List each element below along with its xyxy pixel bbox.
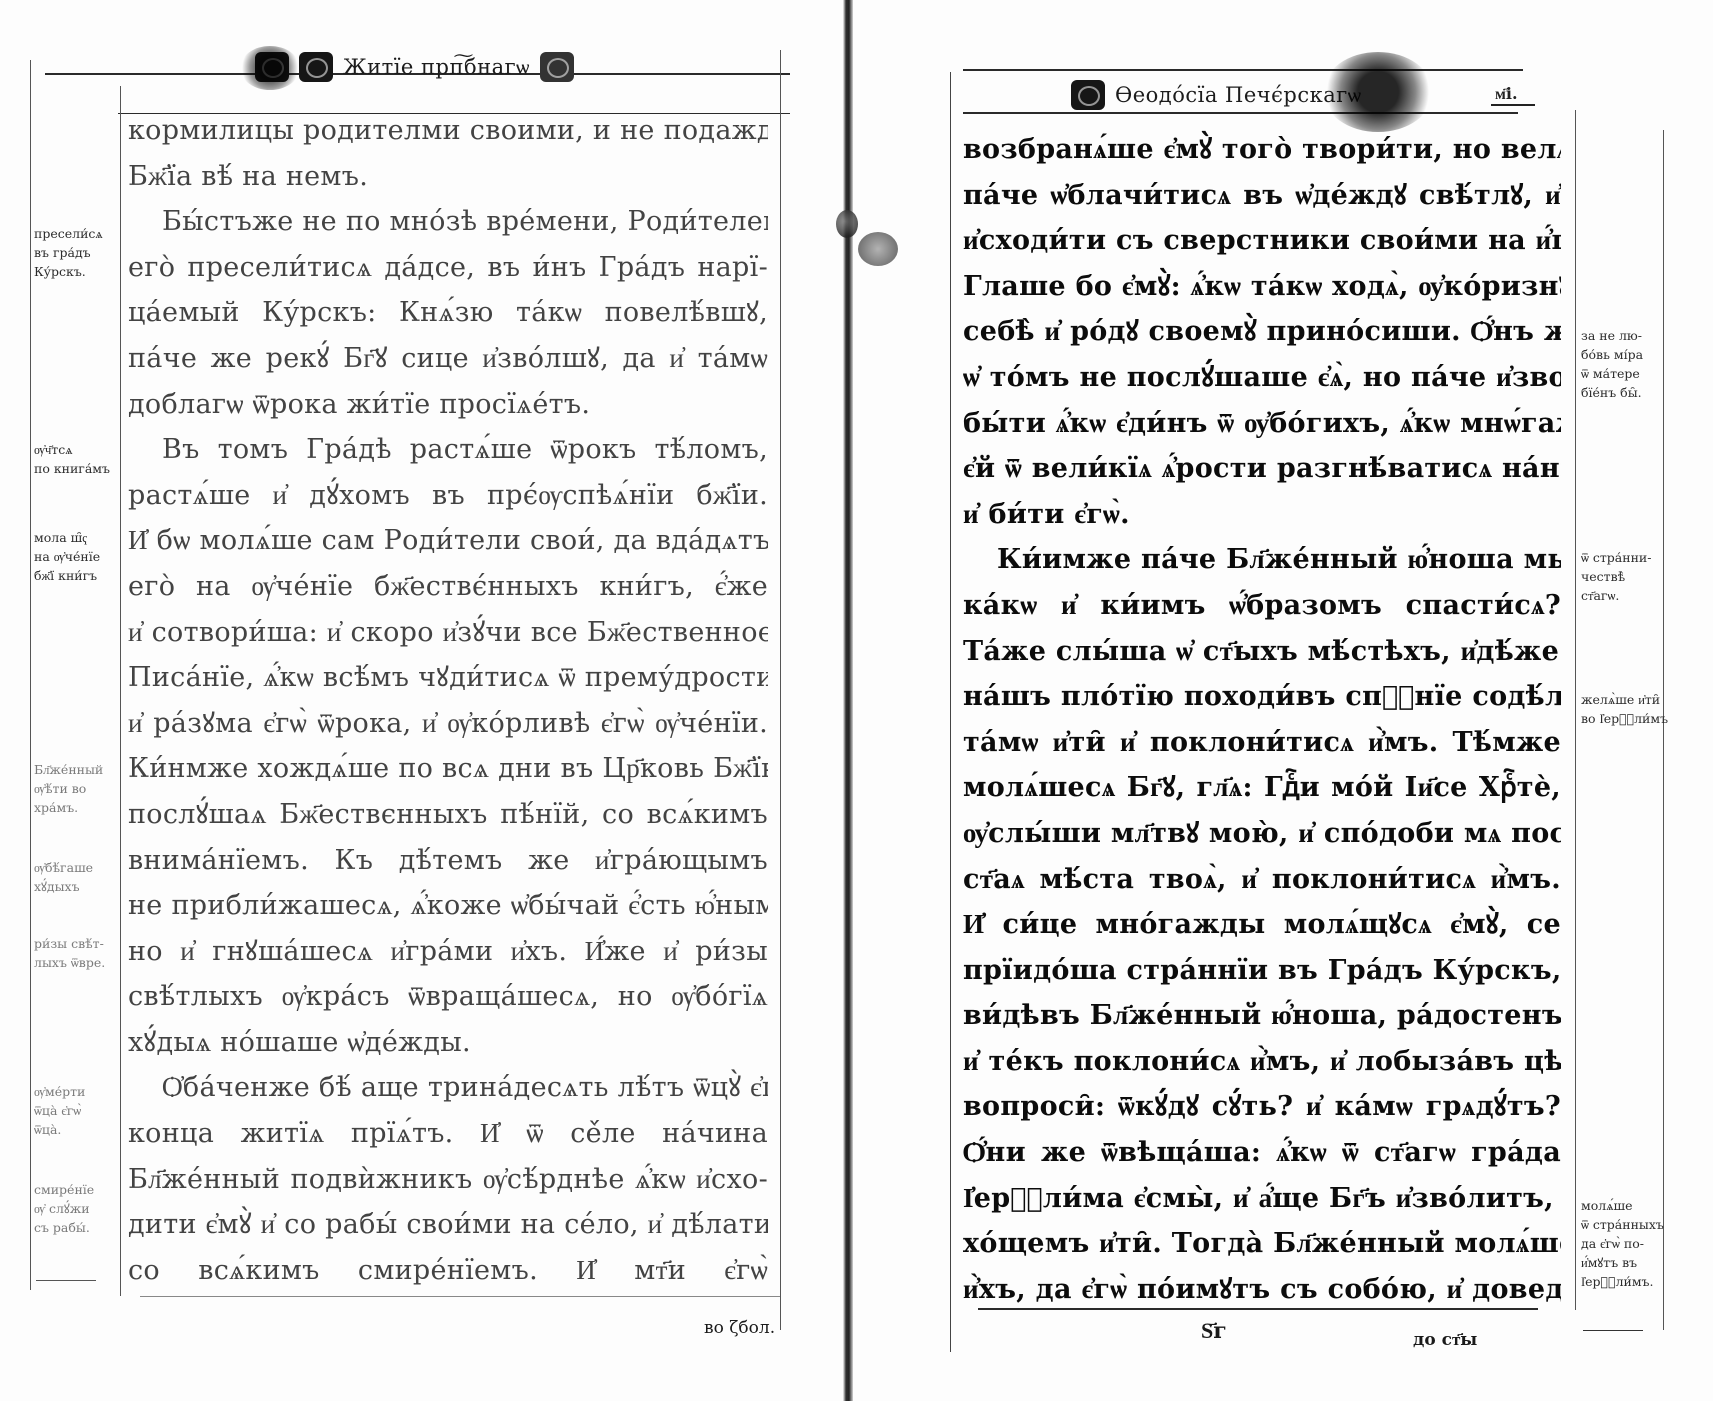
right-page: Ѳеодо́сїа Печє́рскагѡ м҃і. возбранѧ́ше є… xyxy=(853,0,1713,1401)
text-line: на́шъ пло́тїю походи́въ спⷭ҇нїе содѣ́ла:… xyxy=(963,674,1561,720)
left-main-text: кормилицы родителми своими, и не подаждь… xyxy=(128,108,768,1293)
text-line: Ки́нмже хождѧ́ше по всѧ дни въ Цр҃ковь Б… xyxy=(128,746,768,792)
text-line: послꙋ́шаѧ Бж҃ествєнныхъ пѣ́нїй, со всѧ́к… xyxy=(128,792,768,838)
text-line: дити є҆мꙋ̀ и҆ со рабы́ свои́ми на се́ло,… xyxy=(128,1202,768,1248)
text-line: Писа́нїе, ѧ҆́кѡ всѣ́мъ чꙋди́тисѧ ѿ прему… xyxy=(128,655,768,701)
margin-divider xyxy=(1583,1330,1643,1331)
text-line: хо́щемъ и҆ти̑. Тогда̀ Бл҃же́нный молѧ́ше xyxy=(963,1221,1561,1267)
text-line: не прибли́жашесѧ, ѧ҆́коже ѡ҆бы́чай є҆́ст… xyxy=(128,883,768,929)
text-line: доблагѡ ѿрока жи́тїе просїѧе́тъ. xyxy=(128,382,768,428)
text-line: ка́кѡ и҆ ки́имъ ѡ҆́бразомъ спасти́сѧ? xyxy=(963,583,1561,629)
right-text-border xyxy=(1575,110,1576,1310)
left-page: Житїе прп͠бнагѡ кормилицы родителми свои… xyxy=(0,0,843,1401)
text-line: ви́дѣвъ Бл҃же́нный ю҆́ноша, ра́достенъ б… xyxy=(963,993,1561,1039)
text-line: І҆ерⷭ҇ли́ма є҆смы̀, и҆ а҆́ще Бг҃ъ и҆зво́… xyxy=(963,1176,1561,1222)
text-line: и҆ би́ти є҆гѡ̀. xyxy=(963,492,1561,538)
headpiece-ornament-icon xyxy=(299,52,333,82)
text-line: Въ томъ Гра́дѣ растѧ́ше ѿрокъ тѣ́ломъ, xyxy=(128,427,768,473)
text-line: хꙋ́дыѧ но́шаше ѡ҆де́жды. xyxy=(128,1020,768,1066)
text-line: та́мѡ и҆ти̑ и҆ поклони́тисѧ и҆̀мъ. Тѣ́мж… xyxy=(963,720,1561,766)
text-line: па́че же рекꙋ́ Бг҃ꙋ сице и҆зво́лшꙋ, да и… xyxy=(128,336,768,382)
text-line: со всѧ́кимъ смире́нїемъ. И҆ мт҃и є҆гѡ̀ xyxy=(128,1248,768,1294)
margin-gloss: смире́нїе ѹ҆ слꙋ́жи съ рабы́. xyxy=(34,1180,94,1237)
margin-gloss: за не лю- бо́вь мі́ра ѿ ма́тере бїе́нъ б… xyxy=(1581,326,1643,402)
text-line: свѣ́тлыхъ ѹ҆кра́съ ѿвраща́шесѧ, но ѹ҆бо́… xyxy=(128,974,768,1020)
text-line: Та́же слы́ша ѡ҆ ст҃ыхъ мѣ́стѣхъ, и҆дѣ́же… xyxy=(963,629,1561,675)
left-inner-border xyxy=(780,50,781,1330)
text-line: Глаше бо є҆мꙋ̀: ѧ҆́кѡ та́кѡ ходѧ̀, ѹ҆ко́… xyxy=(963,264,1561,310)
text-line: растѧ́ше и҆ дꙋ́хомъ въ прє́ѹспѣѧ́нїи бж҃… xyxy=(128,473,768,519)
book-spread: Житїе прп͠бнагѡ кормилицы родителми свои… xyxy=(0,0,1713,1401)
headpiece-ornament-icon xyxy=(1071,80,1105,110)
ink-blot xyxy=(1323,52,1433,132)
text-line: Бл҃же́нный подвѝжникъ ѹ҆сѣ́рднѣе ѧ҆́кѡ и… xyxy=(128,1157,768,1203)
gathering-signature: Ѕ҃г xyxy=(1201,1318,1227,1344)
text-line: па́че ѡ҆блачи́тисѧ въ ѡ҆де́ждꙋ свѣ́тлꙋ, … xyxy=(963,173,1561,219)
left-margin-border xyxy=(120,86,121,1296)
right-catchword: до ст҃ы xyxy=(1413,1330,1477,1350)
text-line: и҆̀хъ, да є҆гѡ̀ по́имꙋтъ съ собо́ю, и҆ д… xyxy=(963,1267,1561,1313)
margin-gloss: ѿ стра́нни- чествѣ̀ ст҃агѡ. xyxy=(1581,548,1651,605)
left-outer-border xyxy=(30,60,31,1290)
right-running-head: Ѳеодо́сїа Печє́рскагѡ xyxy=(1071,80,1362,110)
page-marker: м҃і. xyxy=(1495,84,1518,104)
margin-gloss: Бл҃же́нный ѹ҆ѣ́ти во хра́мъ. xyxy=(34,760,103,817)
right-head-underline xyxy=(963,112,1518,114)
page-marker-underline xyxy=(1491,104,1535,106)
text-line: и҆ сотвори́ша: и҆ скоро и҆зꙋ́чи все Бж҃е… xyxy=(128,610,768,656)
text-line: и҆сходи́ти съ сверстники свои́ми на и҆́г… xyxy=(963,218,1561,264)
text-line: и҆ ра́зꙋма є҆гѡ̀ ѿрока, и҆ ѹ҆ко́рливѣ є҆… xyxy=(128,701,768,747)
right-main-text: возбранѧ́ше є҆мꙋ̀ того̀ твори́ти, но вел… xyxy=(963,127,1561,1312)
text-line: И҆ си́це мно́гажды молѧ́щꙋсѧ є҆мꙋ̀, се xyxy=(963,902,1561,948)
margin-divider xyxy=(36,1280,96,1281)
margin-gloss: ѹ҆ч҃тсѧ по книга́мъ xyxy=(34,440,110,478)
left-running-head: Житїе прп͠бнагѡ xyxy=(255,52,574,82)
margin-gloss: ѹ҆ме́рти ѿца̀ є҆гѡ̀ ѿца̀. xyxy=(34,1082,85,1139)
text-line: его̀ пресели́тисѧ да́дсе, въ и́нъ Гра́дъ… xyxy=(128,245,768,291)
text-line: вопроси̑: ѿкꙋ́дꙋ сꙋ́ть? и҆ ка́мѡ грѧдꙋ́т… xyxy=(963,1084,1561,1130)
text-line: конца житїѧ прїѧ́тъ. И҆ ѿ сѐ́ле на́чина xyxy=(128,1111,768,1157)
text-line: внима́нїемъ. Къ дѣ́темъ же и҆гра́ющымъ xyxy=(128,838,768,884)
text-line: ца́емый Ку́рскъ: Кнѧ́зю та́кѡ повелѣ́вшꙋ… xyxy=(128,290,768,336)
text-line: но и҆ гнꙋша́шесѧ и҆гра́ми и҆хъ. И҆́же и҆… xyxy=(128,929,768,975)
text-line: возбранѧ́ше є҆мꙋ̀ того̀ твори́ти, но вел… xyxy=(963,127,1561,173)
text-line: молѧ́шесѧ Бг҃ꙋ, гл҃ѧ: Гдⷭ҇и мо́й Іи҃се Х… xyxy=(963,765,1561,811)
text-line: прїидо́ша стра́ннїи въ Гра́дъ Ку́рскъ, и… xyxy=(963,948,1561,994)
text-line: кормилицы родителми своими, и не подаждь xyxy=(128,108,768,154)
margin-gloss: ри́зы свѣ́т- лыхъ ѿвре. xyxy=(34,934,105,972)
text-line: и҆ те́къ поклони́сѧ и҆̀мъ, и҆ лобыза́въ … xyxy=(963,1039,1561,1085)
text-line: ѡ҆ то́мъ не послꙋ́шаше є҆ѧ̀, но па́че и҆… xyxy=(963,355,1561,401)
headpiece-ornament-icon xyxy=(540,52,574,82)
margin-gloss: пресели́сѧ въ гра́дъ Ку́рскъ. xyxy=(34,224,103,281)
right-top-rule xyxy=(963,69,1523,71)
text-line: бы́ти ѧ҆́кѡ є҆ди́нъ ѿ ѹ҆бо́гихъ, ѧ҆́кѡ м… xyxy=(963,401,1561,447)
margin-gloss: молѧ́ше ѿ стра́нныхъ да є҆гѡ̀ по- и҆́мꙋт… xyxy=(1581,1196,1664,1291)
text-line: ст҃аѧ мѣ́ста твоѧ̀, и҆ поклони́тисѧ и҆̀м… xyxy=(963,857,1561,903)
text-line: И҆ бѡ молѧ́ше сам Роди́тели свои́, да вд… xyxy=(128,518,768,564)
margin-gloss: желѧ̀ше и҆ти̑ во І҆ерⷭ҇ли́мъ xyxy=(1581,690,1668,728)
right-outer-border xyxy=(1663,130,1664,1330)
text-line: Бж҃їа вѣ́ на немъ. xyxy=(128,154,768,200)
left-bottom-rule xyxy=(140,1296,780,1297)
right-inner-border xyxy=(950,72,951,1352)
text-line: Ки́имже па́че Бл҃же́нный ю҆́ноша мышлѧ́ш… xyxy=(963,537,1561,583)
text-line: его̀ на ѹ҆че́нїе бж҃ествє́нныхъ кни́гъ, … xyxy=(128,564,768,610)
text-line: себѣ̀ и҆ ро́дꙋ своемꙋ̀ прино́сиши. Ѻ҆́нъ… xyxy=(963,309,1561,355)
text-line: Бы́стъже не по мно́зѣ вре́мени, Роди́тел… xyxy=(128,199,768,245)
left-catchword: во ζбол. xyxy=(704,1318,775,1338)
text-line: є҆й ѿ вели́кїѧ ѧ҆́рости разгнѣ́ватисѧ на… xyxy=(963,446,1561,492)
text-line: Ѻ҆́ни же ѿвѣща́ша: ѧ҆́кѡ ѿ ст҃агѡ гра́да xyxy=(963,1130,1561,1176)
left-running-head-title: Житїе прп͠бнагѡ xyxy=(343,55,530,80)
margin-gloss: мола ш̑ҁ на ѹ҆че́нїе бж҃ї кни́гъ xyxy=(34,528,100,585)
text-line: ѹ҆слы́ши мл҃твꙋ мою̀, и҆ спо́доби мѧ пос… xyxy=(963,811,1561,857)
text-line: Ѻ҆ба́ченже бѣ́ аще трина́десѧть лѣ́тъ ѿц… xyxy=(128,1065,768,1111)
ink-blot xyxy=(240,46,300,90)
margin-gloss: ѹ҆бѣ́гаше хꙋ́дыхъ xyxy=(34,858,93,896)
